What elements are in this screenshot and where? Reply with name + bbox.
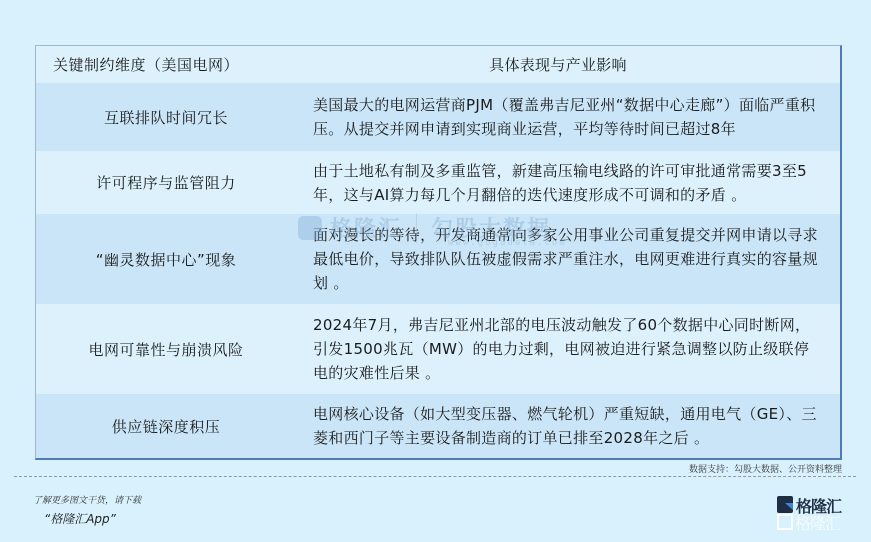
table-row: 电网可靠性与崩溃风险 2024年7月，弗吉尼亚州北部的电压波动触发了60个数据中…: [36, 304, 840, 394]
header-impact: 具体表现与产业影响: [296, 46, 840, 83]
row-dimension: “幽灵数据中心”现象: [36, 214, 296, 304]
row-impact: 由于土地私有制及多重监管，新建高压输电线路的许可审批通常需要3至5年，这与AI算…: [296, 151, 840, 214]
brand-name-echo: 格隆汇: [795, 511, 840, 534]
table-row: “幽灵数据中心”现象 面对漫长的等待，开发商通常向多家公用事业公司重复提交并网申…: [36, 214, 840, 304]
row-impact: 美国最大的电网运营商PJM（覆盖弗吉尼亚州“数据中心走廊”）面临严重积压。从提交…: [296, 83, 840, 151]
row-dimension: 互联排队时间冗长: [36, 83, 296, 151]
row-impact: 电网核心设备（如大型变压器、燃气轮机）严重短缺，通用电气（GE）、三菱和西门子等…: [296, 394, 840, 458]
source-note: 数据支持：勾股大数据、公开资料整理: [689, 462, 842, 475]
promo-app-name: “格隆汇App”: [44, 510, 116, 527]
row-dimension: 电网可靠性与崩溃风险: [36, 304, 296, 394]
table-header-row: 关键制约维度（美国电网） 具体表现与产业影响: [36, 46, 840, 83]
header-dimension: 关键制约维度（美国电网）: [36, 46, 296, 83]
table-row: 供应链深度积压 电网核心设备（如大型变压器、燃气轮机）严重短缺，通用电气（GE）…: [36, 394, 840, 458]
table-row: 许可程序与监管阻力 由于土地私有制及多重监管，新建高压输电线路的许可审批通常需要…: [36, 151, 840, 214]
brand-logo: 格隆汇 格隆汇: [777, 494, 857, 534]
brand-g-icon: [777, 496, 793, 513]
row-impact: 2024年7月，弗吉尼亚州北部的电压波动触发了60个数据中心同时断网，引发150…: [296, 304, 840, 394]
brand-echo-g-icon: [777, 514, 793, 530]
row-impact: 面对漫长的等待，开发商通常向多家公用事业公司重复提交并网申请以寻求最低电价，导致…: [296, 214, 840, 304]
constraints-table: 关键制约维度（美国电网） 具体表现与产业影响 互联排队时间冗长 美国最大的电网运…: [35, 45, 842, 460]
promo-text: 了解更多图文干货，请下载: [33, 493, 141, 506]
row-dimension: 许可程序与监管阻力: [36, 151, 296, 214]
row-dimension: 供应链深度积压: [36, 394, 296, 458]
footer-divider: [14, 476, 856, 477]
table-row: 互联排队时间冗长 美国最大的电网运营商PJM（覆盖弗吉尼亚州“数据中心走廊”）面…: [36, 83, 840, 151]
